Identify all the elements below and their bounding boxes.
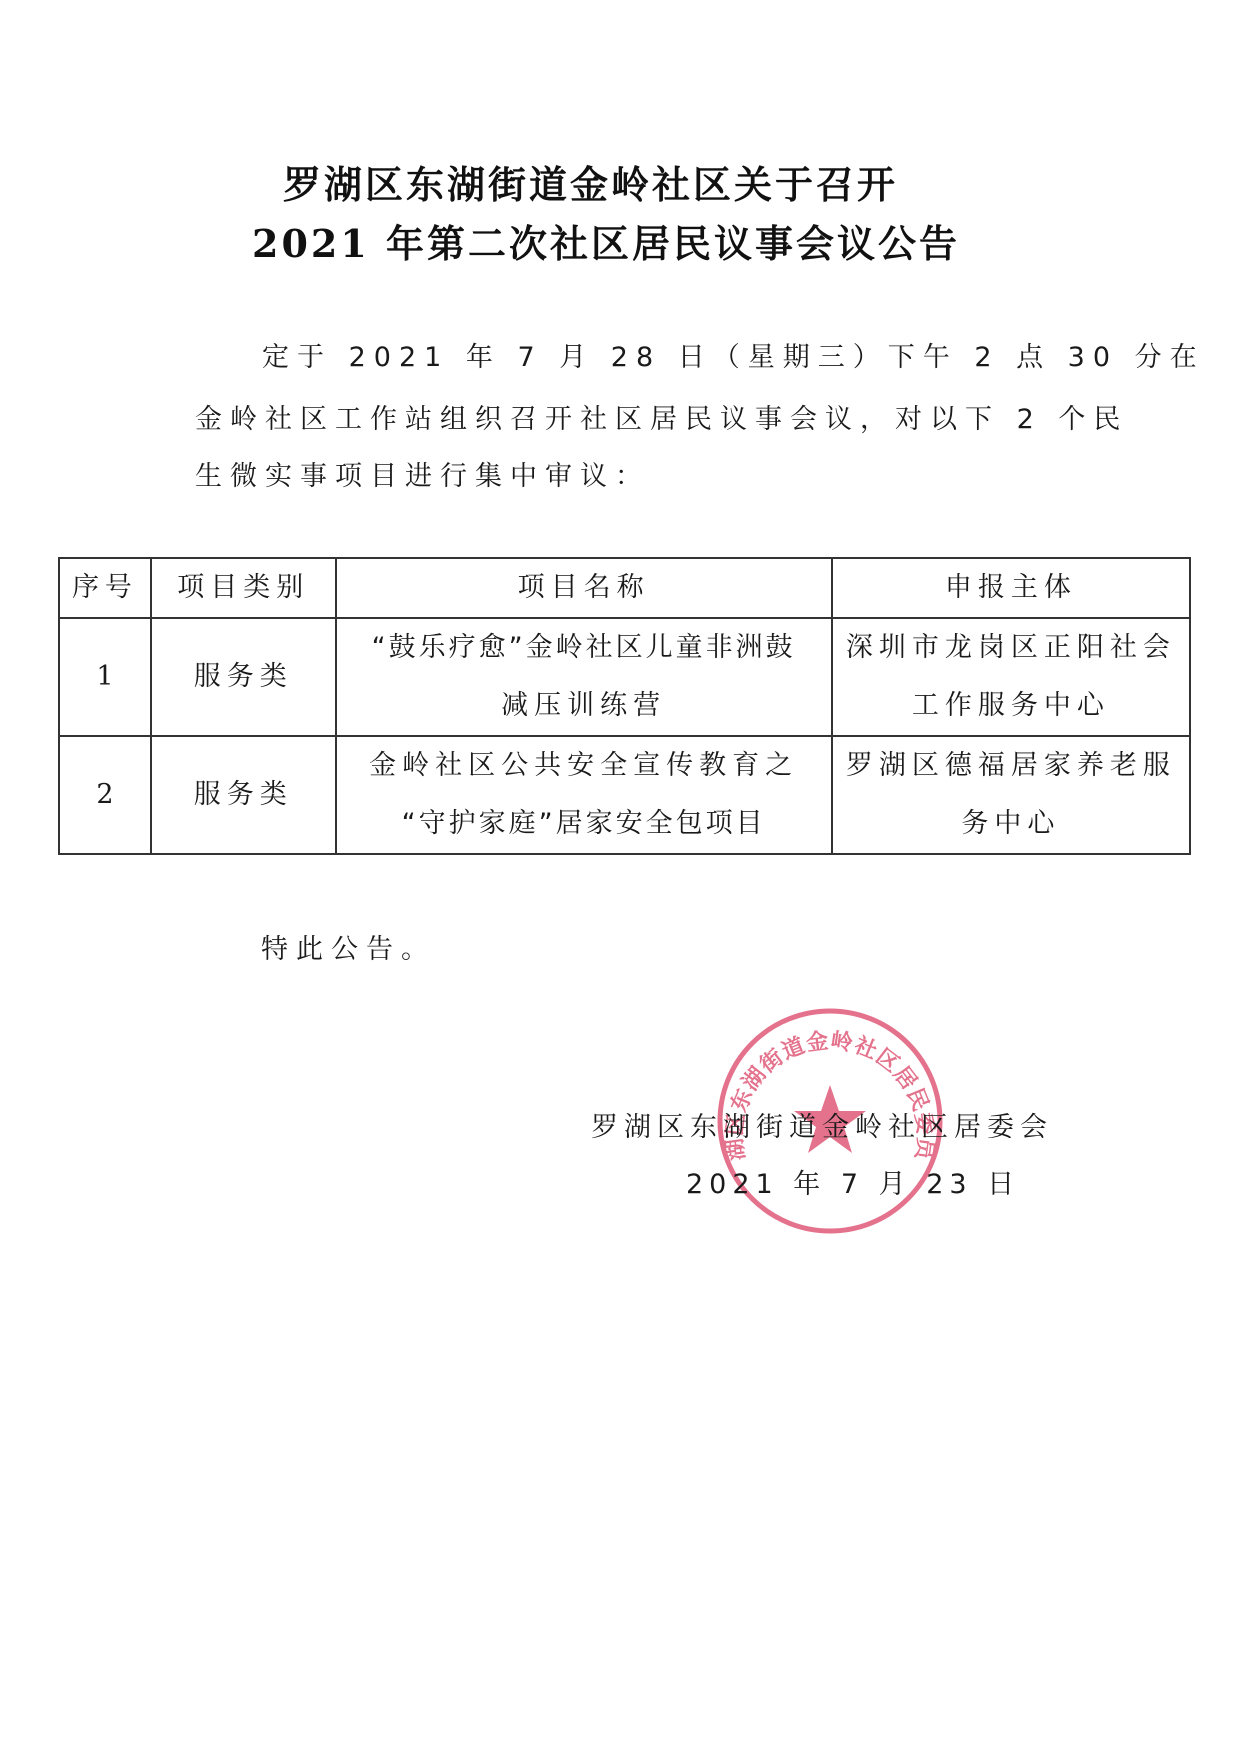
title-line-1: 罗湖区东湖街道金岭社区关于召开 [283,154,898,209]
closing-text: 特此公告。 [261,936,436,963]
row-index: 2 [59,736,151,854]
table-row: 1 服务类 “鼓乐疗愈”金岭社区儿童非洲鼓 减压训练营 深圳市龙岗区正阳社会 工… [59,618,1190,736]
body-line-1: 定于 2021 年 7 月 28 日（星期三）下午 2 点 30 分在 [262,344,1205,371]
row-project-name: “鼓乐疗愈”金岭社区儿童非洲鼓 减压训练营 [336,618,832,736]
applicant-line-1: 罗湖区德福居家养老服 [839,737,1183,795]
project-name-line-2: “守护家庭”居家安全包项目 [343,795,825,853]
row-project-name: 金岭社区公共安全宣传教育之 “守护家庭”居家安全包项目 [336,736,832,854]
table-header-row: 序号 项目类别 项目名称 申报主体 [59,558,1190,618]
project-name-line-1: 金岭社区公共安全宣传教育之 [343,737,825,795]
row-applicant: 深圳市龙岗区正阳社会 工作服务中心 [832,618,1190,736]
body-line-3: 生微实事项目进行集中审议： [195,463,650,490]
signature-organization: 罗湖区东湖街道金岭社区居委会 [591,1105,1053,1144]
row-index: 1 [59,618,151,736]
row-applicant: 罗湖区德福居家养老服 务中心 [832,736,1190,854]
body-line-2: 金岭社区工作站组织召开社区居民议事会议，对以下 2 个民 [195,406,1128,433]
applicant-line-2: 务中心 [839,795,1183,853]
project-name-line-1: “鼓乐疗愈”金岭社区儿童非洲鼓 [343,619,825,677]
row-category: 服务类 [151,618,336,736]
header-project-name: 项目名称 [336,558,832,618]
header-category: 项目类别 [151,558,336,618]
row-category: 服务类 [151,736,336,854]
title-line-2: 2021 年第二次社区居民议事会议公告 [252,213,960,268]
table-row: 2 服务类 金岭社区公共安全宣传教育之 “守护家庭”居家安全包项目 罗湖区德福居… [59,736,1190,854]
applicant-line-1: 深圳市龙岗区正阳社会 [839,619,1183,677]
projects-table: 序号 项目类别 项目名称 申报主体 1 服务类 “鼓乐疗愈”金岭社区儿童非洲鼓 … [58,557,1191,855]
applicant-line-2: 工作服务中心 [839,677,1183,735]
project-name-line-2: 减压训练营 [343,677,825,735]
signature-date: 2021 年 7 月 23 日 [686,1162,1020,1201]
header-applicant: 申报主体 [832,558,1190,618]
header-index: 序号 [59,558,151,618]
